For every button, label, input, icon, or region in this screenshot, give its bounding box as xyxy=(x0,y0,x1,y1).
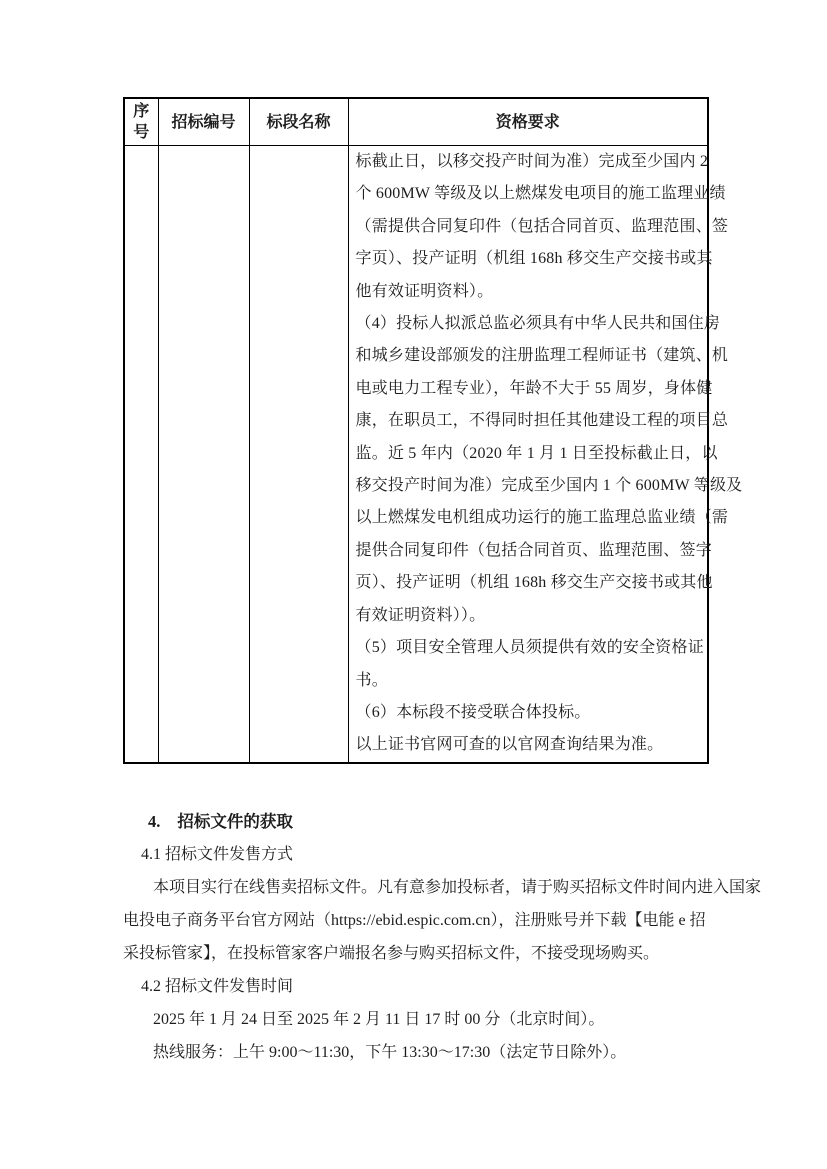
qualification-line: 以上燃煤发电机组成功运行的施工监理总监业绩（需 xyxy=(356,502,704,534)
qualification-line: 有效证明资料））。 xyxy=(356,600,704,632)
qualification-line: 以上证书官网可查的以官网查询结果为准。 xyxy=(356,729,704,761)
qualification-line: 和城乡建设部颁发的注册监理工程师证书（建筑、机 xyxy=(356,340,704,372)
table-row: 标截止日，以移交投产时间为准）完成至少国内 2 个 600MW 等级及以上燃煤发… xyxy=(124,146,708,763)
section-heading: 4.招标文件的获取 xyxy=(123,805,709,838)
header-seq: 序号 xyxy=(124,98,158,146)
qualification-line: 标截止日，以移交投产时间为准）完成至少国内 2 xyxy=(356,146,704,178)
header-qualification: 资格要求 xyxy=(348,98,708,146)
document-page: 序号 招标编号 标段名称 资格要求 标截止日，以移交投产时间为准）完成至少国内 … xyxy=(0,0,827,1169)
cell-qualification: 标截止日，以移交投产时间为准）完成至少国内 2 个 600MW 等级及以上燃煤发… xyxy=(348,146,708,763)
paragraph-line: 电投电子商务平台官方网站（https://ebid.espic.com.cn），… xyxy=(123,904,709,937)
qualification-table: 序号 招标编号 标段名称 资格要求 标截止日，以移交投产时间为准）完成至少国内 … xyxy=(123,97,709,764)
qualification-line: 书。 xyxy=(356,665,704,697)
paragraph-line: 采投标管家】，在投标管家客户端报名参与购买招标文件，不接受现场购买。 xyxy=(123,937,709,970)
qualification-table-header: 序号 招标编号 标段名称 资格要求 xyxy=(124,98,708,146)
qualification-line: 提供合同复印件（包括合同首页、监理范围、签字 xyxy=(356,535,704,567)
sale-time-text: 2025 年 1 月 24 日至 2025 年 2 月 11 日 17 时 00… xyxy=(123,1003,709,1036)
hotline-text: 热线服务：上午 9:00～11:30，下午 13:30～17:30（法定节日除外… xyxy=(123,1036,709,1069)
qualification-line: 他有效证明资料）。 xyxy=(356,276,704,308)
qualification-line: 电或电力工程专业），年龄不大于 55 周岁，身体健 xyxy=(356,373,704,405)
subsection-4-2-heading: 4.2 招标文件发售时间 xyxy=(123,970,709,1003)
qualification-line: 个 600MW 等级及以上燃煤发电项目的施工监理业绩 xyxy=(356,178,704,210)
header-tender-no: 招标编号 xyxy=(158,98,249,146)
header-section-name: 标段名称 xyxy=(249,98,348,146)
cell-seq xyxy=(124,146,158,763)
qualification-line: （4）投标人拟派总监必须具有中华人民共和国住房 xyxy=(356,308,704,340)
cell-section-name xyxy=(249,146,348,763)
section-number: 4. xyxy=(148,805,160,838)
qualification-line: （6）本标段不接受联合体投标。 xyxy=(356,697,704,729)
qualification-line: 康，在职员工，不得同时担任其他建设工程的项目总 xyxy=(356,405,704,437)
qualification-line: 移交投产时间为准）完成至少国内 1 个 600MW 等级及 xyxy=(356,470,704,502)
section-title: 招标文件的获取 xyxy=(177,805,293,838)
cell-tender-no xyxy=(158,146,249,763)
qualification-line: （需提供合同复印件（包括合同首页、监理范围、签 xyxy=(356,211,704,243)
qualification-line: （5）项目安全管理人员须提供有效的安全资格证 xyxy=(356,632,704,664)
qualification-line: 字页）、投产证明（机组 168h 移交生产交接书或其 xyxy=(356,243,704,275)
qualification-line: 页）、投产证明（机组 168h 移交生产交接书或其他 xyxy=(356,567,704,599)
section-4-document-acquisition: 4.招标文件的获取 4.1 招标文件发售方式 本项目实行在线售卖招标文件。凡有意… xyxy=(123,805,709,1069)
paragraph-line: 本项目实行在线售卖招标文件。凡有意参加投标者，请于购买招标文件时间内进入国家 xyxy=(123,871,709,904)
subsection-4-1-heading: 4.1 招标文件发售方式 xyxy=(123,838,709,871)
qualification-line: 监。近 5 年内（2020 年 1 月 1 日至投标截止日，以 xyxy=(356,438,704,470)
